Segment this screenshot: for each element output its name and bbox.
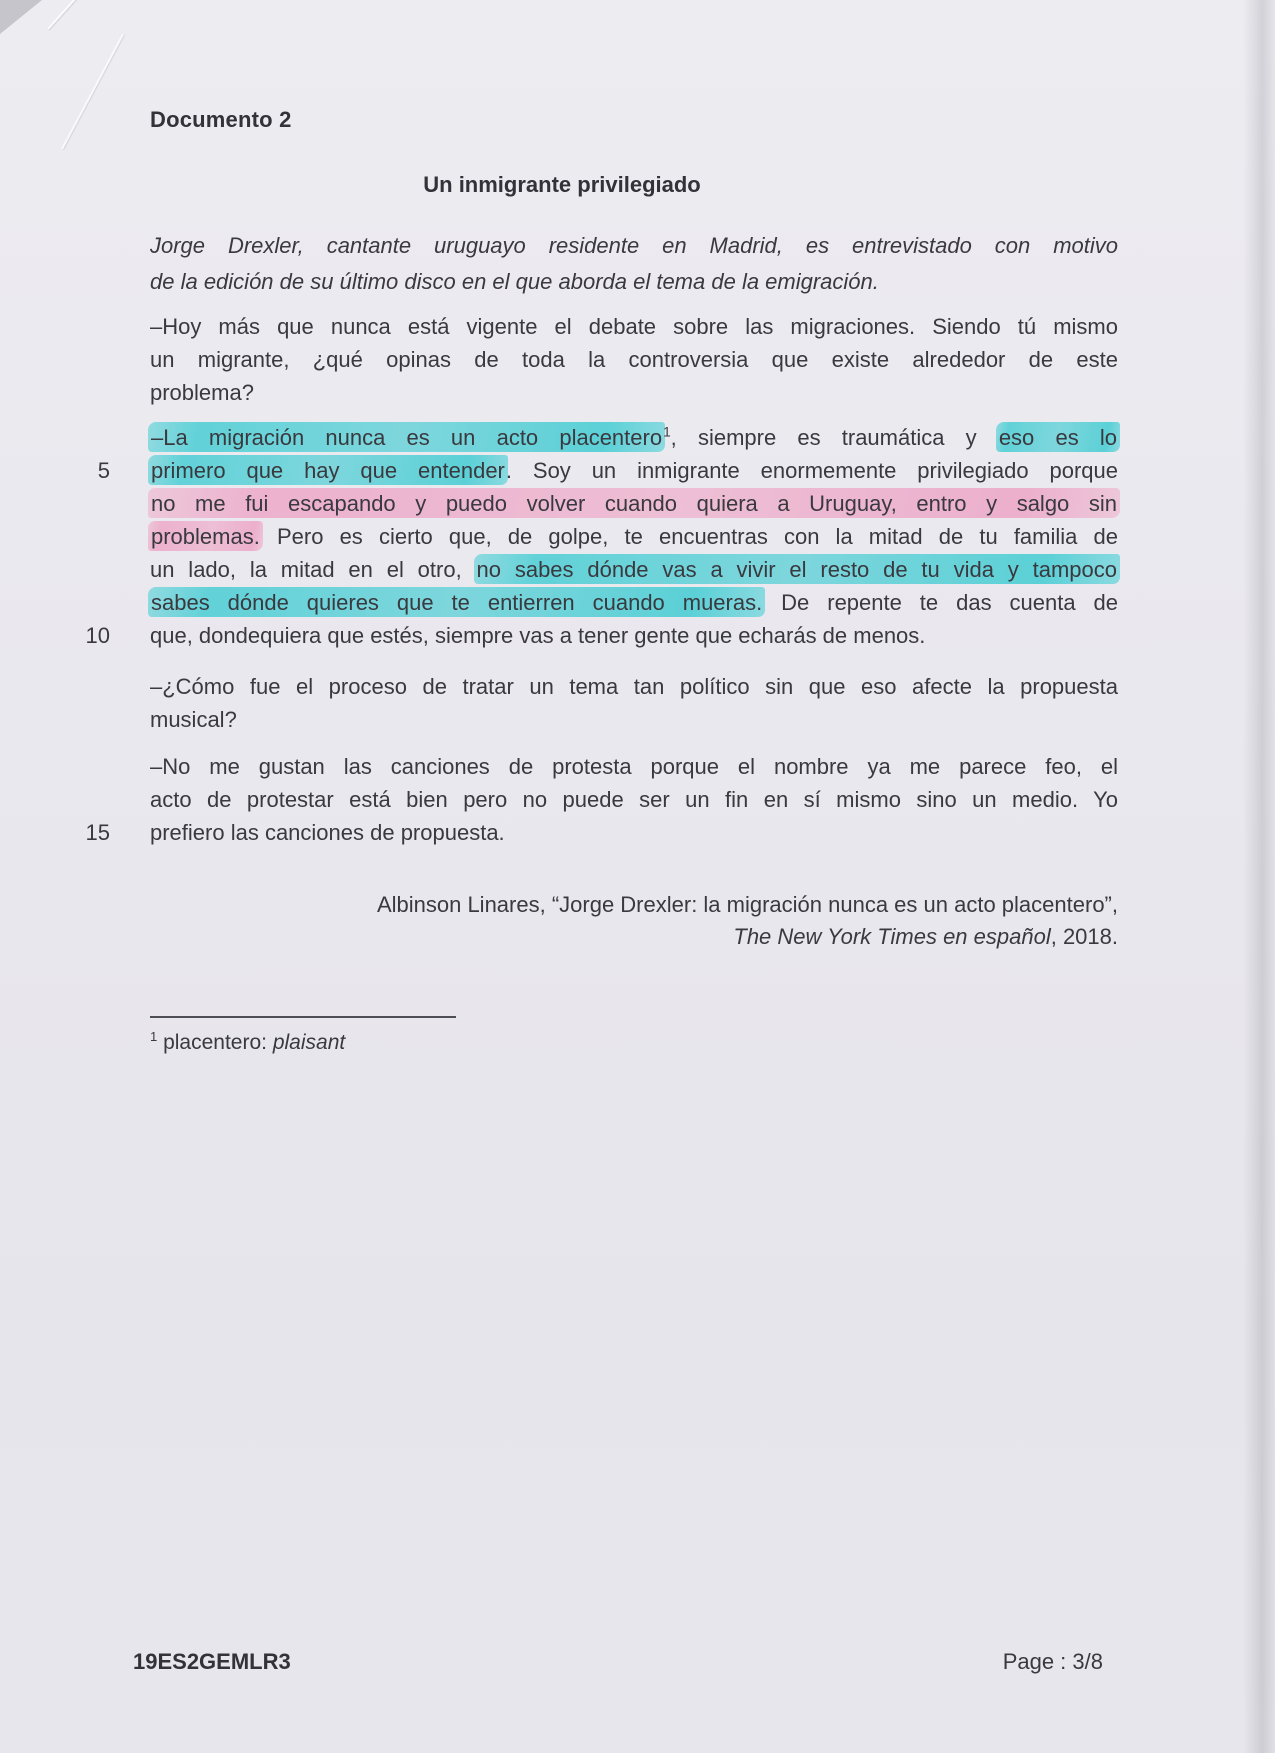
text-line: primero que hay que entender. Soy un inm…: [150, 454, 1118, 487]
text-segment: De repente te das cuenta de: [763, 590, 1118, 615]
text-segment: . Soy un inmigrante enormemente privileg…: [506, 458, 1118, 483]
text-segment: placentero:: [157, 1031, 273, 1054]
text-line: no me fui escapando y puedo volver cuand…: [150, 487, 1118, 520]
highlighted-text-segment: sabes dónde quieres que te entierren cua…: [148, 587, 765, 617]
document-title: Un inmigrante privilegiado: [150, 168, 974, 201]
highlighted-text-segment: eso es lo: [996, 422, 1120, 452]
text-line: Jorge Drexler, cantante uruguayo residen…: [150, 228, 1118, 264]
text-segment: , siempre es traumática y: [671, 425, 998, 450]
text-line: musical?: [150, 703, 1118, 736]
text-line: –¿Cómo fue el proceso de tratar un tema …: [150, 670, 1118, 703]
text-segment: –Hoy más que nunca está vigente el debat…: [150, 314, 1118, 339]
text-segment: Jorge Drexler, cantante uruguayo residen…: [150, 233, 1118, 258]
highlighted-text-segment: no sabes dónde vas a vivir el resto de t…: [474, 554, 1120, 584]
text-line: de la edición de su último disco en el q…: [150, 264, 1118, 300]
scan-crease-artifact: [47, 0, 182, 30]
text-line: acto de protestar está bien pero no pued…: [150, 783, 1118, 816]
text-segment: acto de protestar está bien pero no pued…: [150, 787, 1118, 812]
text-segment: prefiero las canciones de propuesta.: [150, 820, 505, 845]
highlighted-text-segment: primero que hay que entender: [148, 455, 508, 485]
text-line: The New York Times en español, 2018.: [150, 921, 1118, 953]
text-segment: Pero es cierto que, de golpe, te encuent…: [261, 524, 1118, 549]
scan-crease-artifact: [61, 34, 124, 150]
text-segment: plaisant: [273, 1031, 345, 1054]
text-line: –Hoy más que nunca está vigente el debat…: [150, 310, 1118, 343]
interviewer-question-1: –Hoy más que nunca está vigente el debat…: [150, 310, 1118, 409]
text-line: un lado, la mitad en el otro, no sabes d…: [150, 553, 1118, 586]
text-segment: , 2018.: [1051, 924, 1118, 949]
text-segment: –¿Cómo fue el proceso de tratar un tema …: [150, 674, 1118, 699]
text-line: problemas. Pero es cierto que, de golpe,…: [150, 520, 1118, 553]
interviewee-answer-1: –La migración nunca es un acto placenter…: [150, 421, 1118, 652]
margin-line-number-10: 10: [66, 619, 110, 652]
text-segment: un lado, la mitad en el otro,: [150, 557, 476, 582]
text-segment: un migrante, ¿qué opinas de toda la cont…: [150, 347, 1118, 372]
scanned-document-page: Documento 2 Un inmigrante privilegiado J…: [0, 0, 1275, 1753]
text-segment: que, dondequiera que estés, siempre vas …: [150, 623, 925, 648]
text-line: sabes dónde quieres que te entierren cua…: [150, 586, 1118, 619]
text-segment: –No me gustan las canciones de protesta …: [150, 754, 1118, 779]
text-segment: musical?: [150, 707, 237, 732]
text-line: problema?: [150, 376, 1118, 409]
text-segment: 1: [663, 425, 671, 440]
text-line: –La migración nunca es un acto placenter…: [150, 421, 1118, 454]
footnote-separator-rule: [150, 1016, 456, 1018]
text-line: 1 placentero: plaisant: [150, 1026, 1118, 1059]
source-attribution: Albinson Linares, “Jorge Drexler: la mig…: [150, 889, 1118, 953]
margin-line-number-5: 5: [66, 454, 110, 487]
highlighted-text-segment: problemas.: [148, 521, 263, 551]
text-segment: Albinson Linares, “Jorge Drexler: la mig…: [377, 892, 1118, 917]
text-segment: de la edición de su último disco en el q…: [150, 269, 879, 294]
footer-page-number: Page : 3/8: [1003, 1645, 1103, 1678]
intro-paragraph: Jorge Drexler, cantante uruguayo residen…: [150, 228, 1118, 300]
page-edge-shadow: [1243, 0, 1275, 1753]
text-line: un migrante, ¿qué opinas de toda la cont…: [150, 343, 1118, 376]
text-line: –No me gustan las canciones de protesta …: [150, 750, 1118, 783]
highlighted-text-segment: no me fui escapando y puedo volver cuand…: [148, 488, 1120, 518]
margin-line-number-15: 15: [66, 816, 110, 849]
interviewer-question-2: –¿Cómo fue el proceso de tratar un tema …: [150, 670, 1118, 736]
footnote: 1 placentero: plaisant: [150, 1026, 1118, 1059]
footer-document-code: 19ES2GEMLR3: [133, 1645, 291, 1678]
text-line: Albinson Linares, “Jorge Drexler: la mig…: [150, 889, 1118, 921]
interviewee-answer-2: –No me gustan las canciones de protesta …: [150, 750, 1118, 849]
text-line: que, dondequiera que estés, siempre vas …: [150, 619, 1118, 652]
text-line: prefiero las canciones de propuesta.: [150, 816, 1118, 849]
text-segment: The New York Times en español: [733, 924, 1050, 949]
document-label: Documento 2: [150, 103, 292, 136]
highlighted-text-segment: –La migración nunca es un acto placenter…: [148, 422, 665, 452]
text-segment: problema?: [150, 380, 254, 405]
